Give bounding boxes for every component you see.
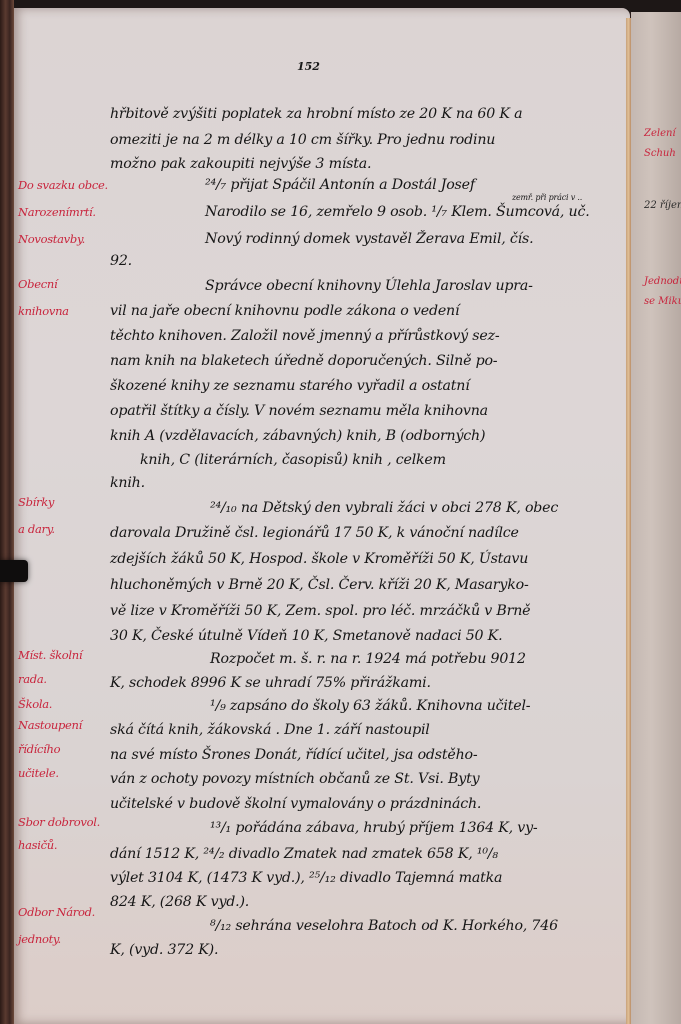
text-line: ²⁴/₁₀ na Dětský den vybrali žáci v obci … (210, 500, 558, 516)
text-line: výlet 3104 K, (1473 K vyd.), ²⁵/₁₂ divad… (110, 870, 502, 886)
margin-note: řídícího (18, 742, 60, 756)
text-line: Rozpočet m. š. r. na r. 1924 má potřebu … (210, 651, 526, 667)
margin-note: Do svazku obce. (18, 178, 108, 192)
adjacent-margin-note: 22 říjen (644, 200, 681, 211)
book-spine (0, 0, 14, 1024)
margin-note: jednoty. (18, 932, 61, 946)
bookmark-clip (0, 560, 28, 582)
margin-note: a dary. (18, 522, 55, 536)
text-line: dání 1512 K, ²⁴/₂ divadlo Zmatek nad zma… (110, 846, 498, 862)
interlinear-note: zemř. při práci v .. (512, 193, 582, 202)
margin-note: učitele. (18, 766, 59, 780)
text-line: knih. (110, 475, 145, 491)
margin-note: Sbor dobrovol. (18, 815, 100, 829)
text-line: K, schodek 8996 K se uhradí 75% přirážka… (110, 675, 431, 691)
adjacent-margin-note: Schuh (644, 148, 676, 159)
text-line: knih, C (literárních, časopisů) knih , c… (140, 452, 446, 468)
text-line: učitelské v budově školní vymalovány o p… (110, 796, 481, 812)
text-line: škozené knihy ze seznamu starého vyřadil… (110, 378, 470, 394)
text-line: 30 K, České útulně Vídeň 10 K, Smetanově… (110, 628, 502, 644)
text-line: knih A (vzdělavacích, zábavných) knih, B… (110, 428, 485, 444)
margin-note: Narozenímrtí. (18, 205, 96, 219)
text-line: ⁸/₁₂ sehrána veselohra Batoch od K. Hork… (210, 918, 558, 934)
text-line: vil na jaře obecní knihovnu podle zákona… (110, 303, 459, 319)
adjacent-page-strip (631, 12, 681, 1024)
text-line: vě lize v Kroměříži 50 K, Zem. spol. pro… (110, 603, 530, 619)
margin-note: Obecní (18, 277, 57, 291)
margin-note: Novostavby. (18, 232, 85, 246)
text-line: Narodilo se 16, zemřelo 9 osob. ¹/₇ Klem… (205, 204, 590, 220)
text-line: K, (vyd. 372 K). (110, 942, 218, 958)
text-line: ván z ochoty povozy místních občanů ze S… (110, 771, 479, 787)
text-line: ¹/₉ zapsáno do školy 63 žáků. Knihovna u… (210, 698, 530, 714)
text-line: zdejších žáků 50 K, Hospod. škole v Krom… (110, 551, 528, 567)
text-line: nam knih na blaketech úředně doporučenýc… (110, 353, 497, 369)
margin-note: Nastoupení (18, 718, 82, 732)
text-line: omeziti je na 2 m délky a 10 cm šířky. P… (110, 132, 495, 148)
text-line: ¹³/₁ pořádána zábava, hrubý příjem 1364 … (210, 820, 538, 836)
text-line: možno pak zakoupiti nejvýše 3 místa. (110, 156, 371, 172)
margin-note: Míst. školní (18, 648, 82, 662)
text-line: 824 K, (268 K vyd.). (110, 894, 249, 910)
margin-note: Odbor Národ. (18, 905, 95, 919)
text-line: na své místo Šrones Donát, řídící učitel… (110, 747, 477, 763)
text-line: Správce obecní knihovny Úlehla Jaroslav … (205, 278, 533, 294)
text-line: hřbitově zvýšiti poplatek za hrobní míst… (110, 106, 522, 122)
margin-note: knihovna (18, 304, 69, 318)
adjacent-margin-note: Jednodu (644, 276, 681, 287)
text-line: darovala Družině čsl. legionářů 17 50 K,… (110, 525, 519, 541)
margin-note: hasičů. (18, 838, 57, 852)
text-line: těchto knihoven. Založil nově jmenný a p… (110, 328, 499, 344)
text-line: opatřil štítky a čísly. V novém seznamu … (110, 403, 488, 419)
text-line: 92. (110, 253, 132, 269)
text-line: ²⁴/₇ přijat Spáčil Antonín a Dostál Jose… (205, 177, 475, 193)
text-line: Nový rodinný domek vystavěl Žerava Emil,… (205, 231, 533, 247)
margin-note: Sbírky (18, 495, 54, 509)
margin-note: rada. (18, 672, 47, 686)
text-line: ská čítá knih, žákovská . Dne 1. září na… (110, 722, 430, 738)
text-line: hluchoněmých v Brně 20 K, Čsl. Červ. kří… (110, 577, 529, 593)
adjacent-margin-note: se Mikul (644, 296, 681, 307)
page-number: 152 (297, 60, 320, 73)
adjacent-margin-note: Zelení (644, 128, 676, 139)
margin-note: Škola. (18, 697, 52, 711)
